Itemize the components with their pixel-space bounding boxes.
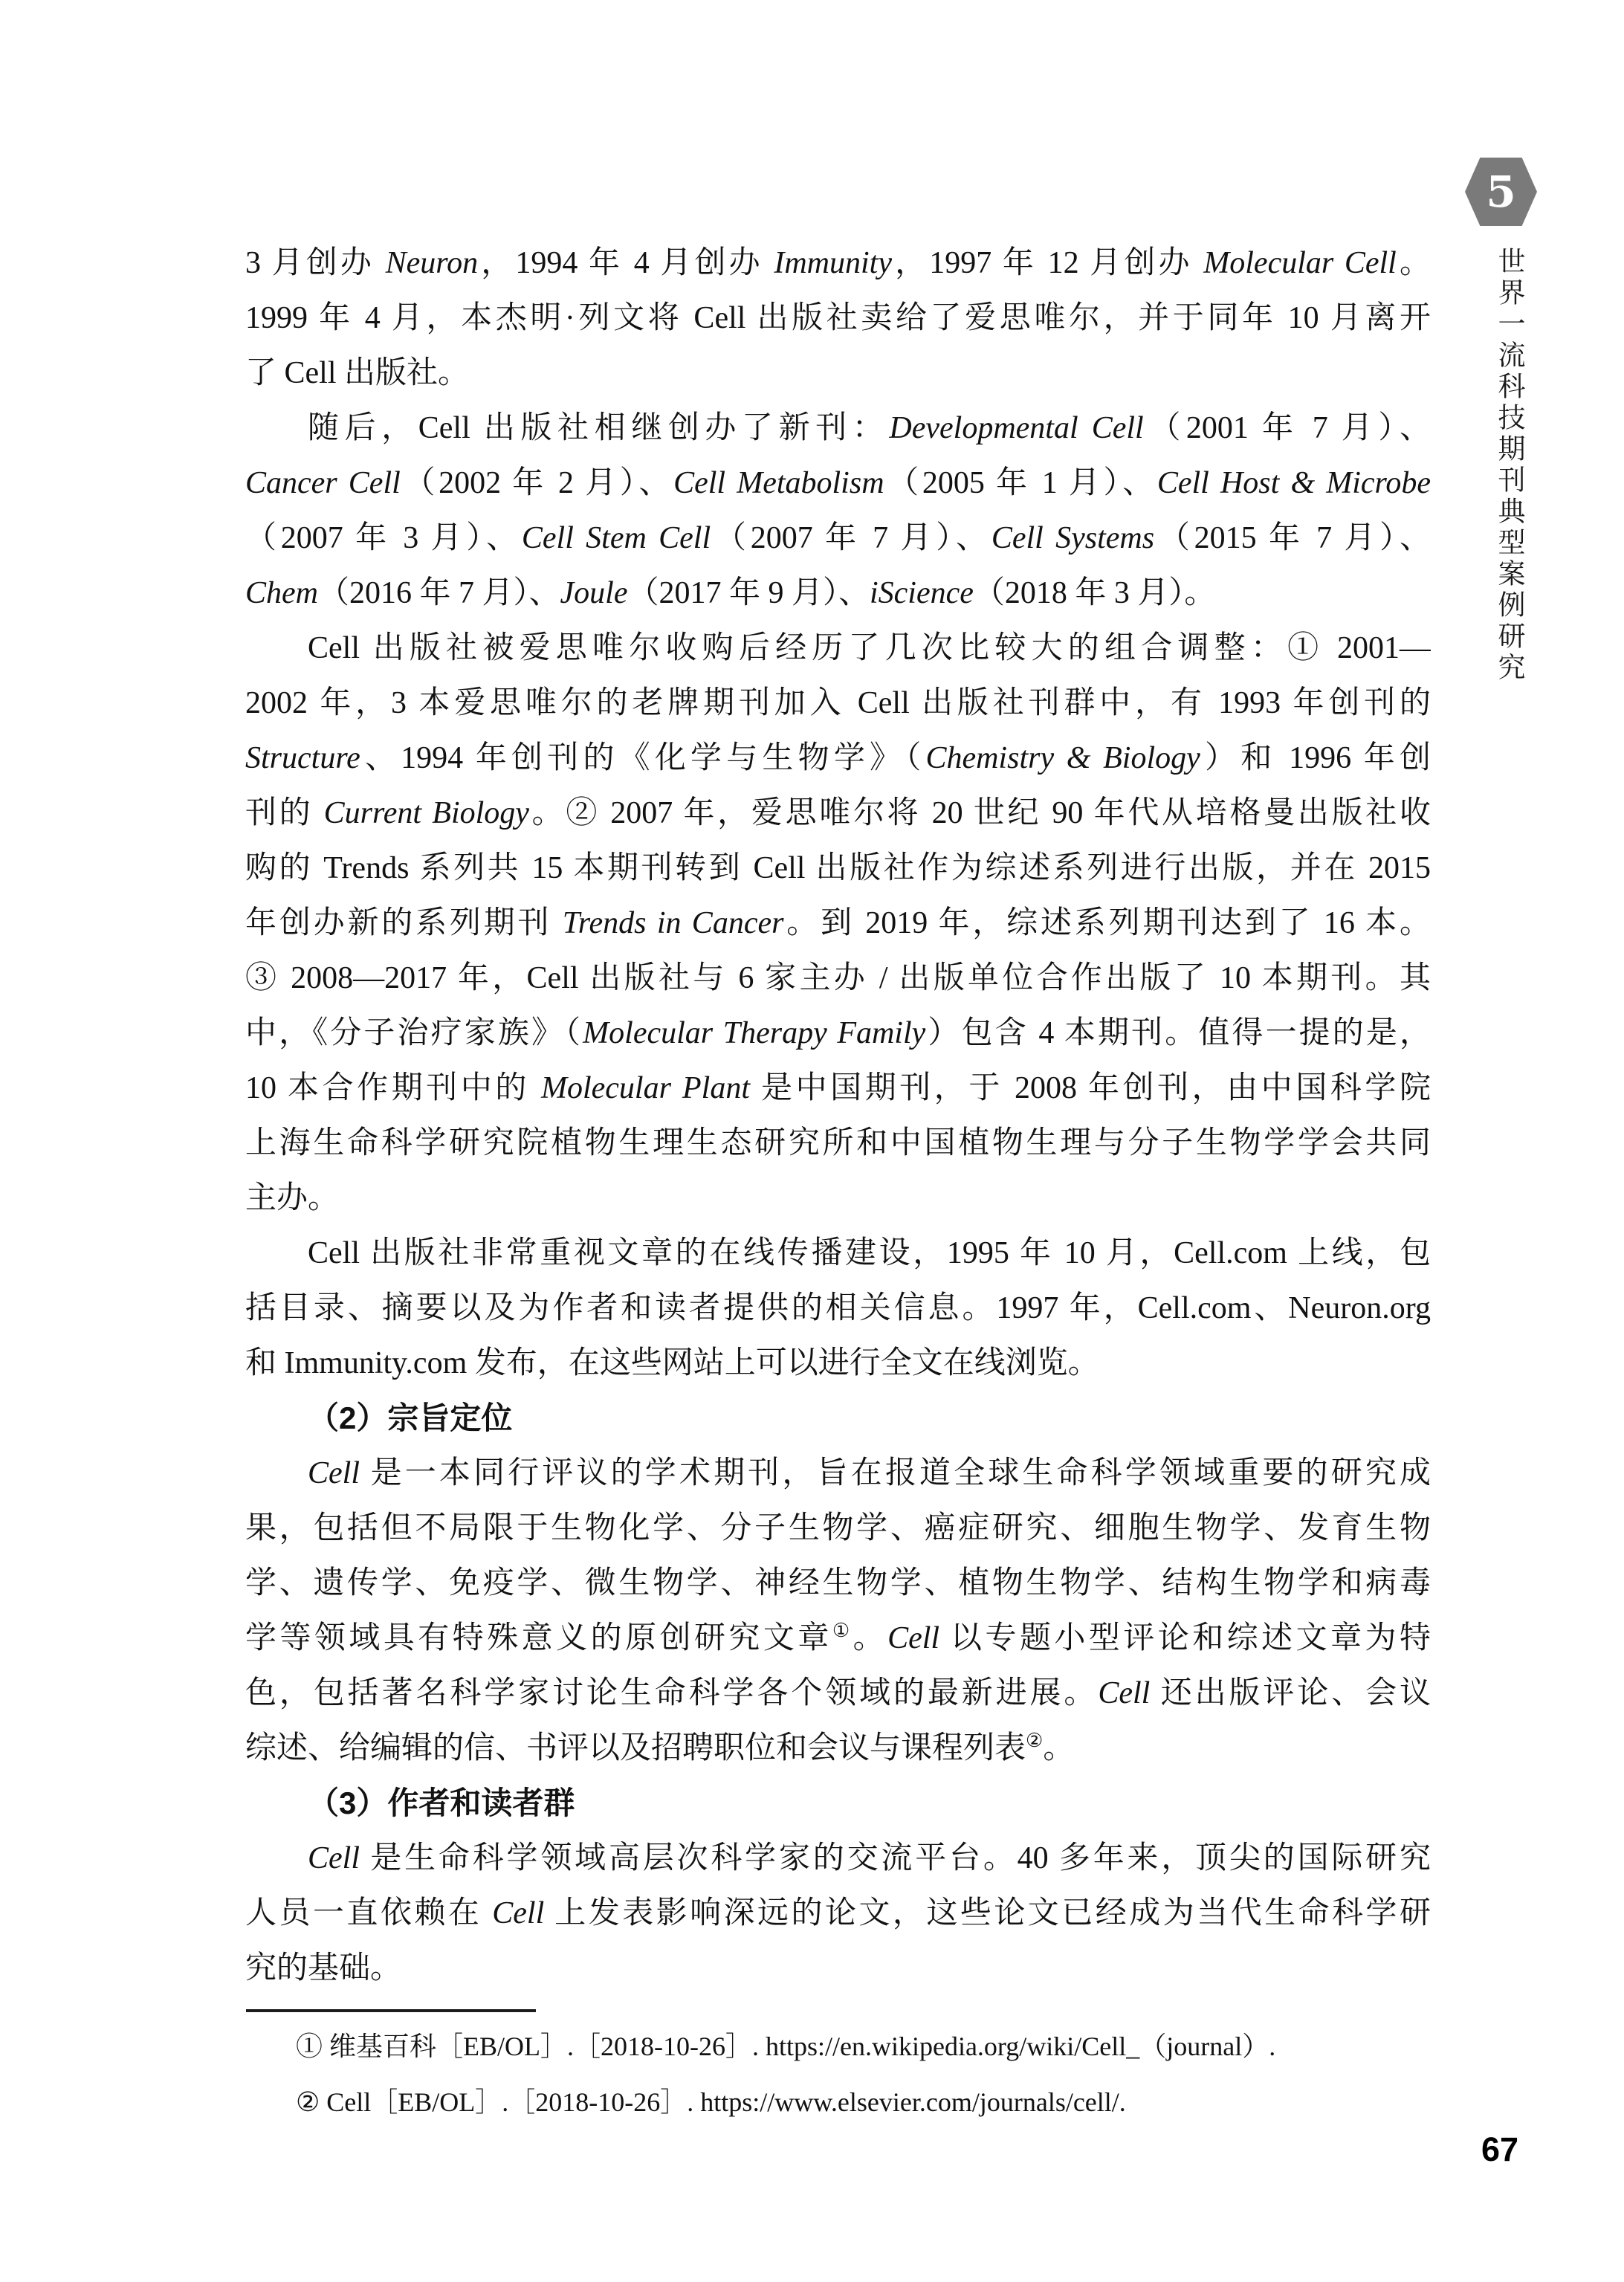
footnote-ref-1: ①: [832, 1620, 853, 1641]
text-line: 究的基础。: [245, 1941, 1431, 1996]
page-number: 67: [1481, 2130, 1518, 2169]
text-line: 2002 年，3 本爱思唯尔的老牌期刊加入 Cell 出版社刊群中，有 1993…: [245, 676, 1431, 731]
body-text: 3 月创办 Neuron，1994 年 4 月创办 Immunity，1997 …: [245, 236, 1431, 1996]
text-line: 购的 Trends 系列共 15 本期刊转到 Cell 出版社作为综述系列进行出…: [245, 841, 1431, 896]
text-line: 综述、给编辑的信、书评以及招聘职位和会议与课程列表②。: [245, 1721, 1431, 1776]
text-line: 1999 年 4 月，本杰明·列文将 Cell 出版社卖给了爱思唯尔，并于同年 …: [245, 291, 1431, 346]
chapter-number: 5: [1486, 170, 1515, 213]
text-line: 刊的 Current Biology。② 2007 年，爱思唯尔将 20 世纪 …: [245, 786, 1431, 841]
text-line: 学、遗传学、免疫学、微生物学、神经生物学、植物生物学、结构生物学和病毒: [245, 1556, 1431, 1611]
text-line: 括目录、摘要以及为作者和读者提供的相关信息。1997 年，Cell.com、Ne…: [245, 1281, 1431, 1336]
text-line: Cell 是生命科学领域高层次科学家的交流平台。40 多年来，顶尖的国际研究: [245, 1831, 1431, 1886]
section-heading: （3）作者和读者群: [245, 1776, 1431, 1831]
text-line: 色，包括著名科学家讨论生命科学各个领域的最新进展。Cell 还出版评论、会议: [245, 1666, 1431, 1721]
text-line: 主办。: [245, 1171, 1431, 1226]
footnote-separator: [246, 2009, 536, 2012]
book-page: 3 月创办 Neuron，1994 年 4 月创办 Immunity，1997 …: [0, 0, 1624, 2282]
text-line: 果，包括但不局限于生物化学、分子生物学、癌症研究、细胞生物学、发育生物: [245, 1501, 1431, 1556]
text-line: 了 Cell 出版社。: [245, 346, 1431, 401]
text-line: 3 月创办 Neuron，1994 年 4 月创办 Immunity，1997 …: [245, 236, 1431, 291]
text-line: Structure、1994 年创刊的《化学与生物学》（Chemistry & …: [245, 731, 1431, 786]
text-line: 学等领域具有特殊意义的原创研究文章①。Cell 以专题小型评论和综述文章为特: [245, 1611, 1431, 1666]
text-line: Cancer Cell（2002 年 2 月）、Cell Metabolism（…: [245, 456, 1431, 511]
text-line: 和 Immunity.com 发布，在这些网站上可以进行全文在线浏览。: [245, 1336, 1431, 1391]
text-line: Cell 是一本同行评议的学术期刊，旨在报道全球生命科学领域重要的研究成: [245, 1446, 1431, 1501]
text-line: Cell 出版社被爱思唯尔收购后经历了几次比较大的组合调整：① 2001—: [245, 621, 1431, 676]
text-line: 中，《分子治疗家族》（Molecular Therapy Family）包含 4…: [245, 1006, 1431, 1061]
text-line: 随后，Cell 出版社相继创办了新刊：Developmental Cell（20…: [245, 401, 1431, 456]
footnote-item: ① 维基百科［EB/OL］.［2018-10-26］. https://en.w…: [245, 2019, 1431, 2075]
chapter-title-vertical: 世界一流科技期刊典型案例研究: [1488, 247, 1528, 684]
text-line: （2007 年 3 月）、Cell Stem Cell（2007 年 7 月）、…: [245, 511, 1431, 566]
footnote-item: ② Cell［EB/OL］.［2018-10-26］. https://www.…: [245, 2075, 1431, 2130]
text-line: 人员一直依赖在 Cell 上发表影响深远的论文，这些论文已经成为当代生命科学研: [245, 1886, 1431, 1941]
text-line: Cell 出版社非常重视文章的在线传播建设，1995 年 10 月，Cell.c…: [245, 1226, 1431, 1281]
section-heading: （2）宗旨定位: [245, 1391, 1431, 1446]
text-line: 10 本合作期刊中的 Molecular Plant 是中国期刊，于 2008 …: [245, 1061, 1431, 1116]
text-line: 上海生命科学研究院植物生理生态研究所和中国植物生理与分子生物学学会共同: [245, 1116, 1431, 1171]
footnote-ref-2: ②: [1026, 1730, 1043, 1751]
text-line: Chem（2016 年 7 月）、Joule（2017 年 9 月）、iScie…: [245, 566, 1431, 621]
footnotes: ① 维基百科［EB/OL］.［2018-10-26］. https://en.w…: [245, 2019, 1431, 2130]
chapter-number-badge: 5: [1465, 158, 1537, 226]
text-line: 年创办新的系列期刊 Trends in Cancer。到 2019 年，综述系列…: [245, 896, 1431, 951]
text-line: ③ 2008—2017 年，Cell 出版社与 6 家主办 / 出版单位合作出版…: [245, 951, 1431, 1006]
